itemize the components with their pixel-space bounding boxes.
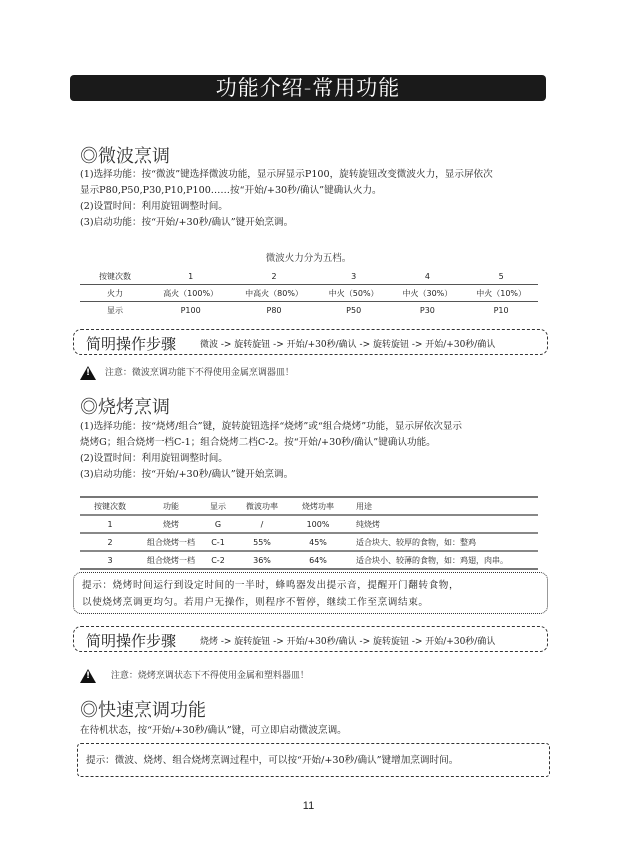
steps-text: 烧烤 -> 旋转旋钮 -> 开始/+30秒/确认 -> 旋转旋钮 -> 开始/+… (200, 634, 495, 647)
microwave-power-table: 按键次数 1 2 3 4 5 火力 高火（100%） 中高火（80%） 中火（5… (80, 268, 538, 318)
table-cell: P100 (150, 302, 231, 319)
warning-icon (80, 669, 96, 683)
table-cell: 高火（100%） (150, 285, 231, 302)
table-cell: 火力 (80, 285, 150, 302)
table-header-cell: 用途 (346, 497, 538, 515)
grill-line-1: (1)选择功能：按“烧烤/组合”键，旋转旋钮选择“烧烤”或“组合烧烤”功能，显示… (80, 419, 462, 435)
table-cell: 烧烤 (140, 515, 202, 533)
table-header-cell: 按键次数 (80, 497, 140, 515)
warning-text: 注意：微波烹调功能下不得使用金属烹调器皿！ (105, 368, 294, 378)
table-cell: 组合烧烤一档 (140, 551, 202, 569)
grill-tip-box: 提示：烧烤时间运行到设定时间的一半时，蜂鸣器发出提示音，提醒开门翻转食物， 以使… (73, 572, 548, 614)
steps-text: 微波 -> 旋转旋钮 -> 开始/+30秒/确认 -> 旋转旋钮 -> 开始/+… (200, 337, 495, 350)
table-header-cell: 微波功率 (234, 497, 290, 515)
page-title: 功能介绍-常用功能 (70, 75, 546, 101)
quick-tip-box: 提示：微波、烧烤、组合烧烤烹调过程中，可以按“开始/+30秒/确认”键增加烹调时… (77, 743, 550, 777)
table-cell: 组合烧烤一档 (140, 533, 202, 551)
microwave-instructions: (1)选择功能：按“微波”键选择微波功能，显示屏显示P100，旋转旋钮改变微波火… (80, 167, 493, 231)
grill-line-3: (2)设置时间：利用旋钮调整时间。 (80, 451, 462, 467)
table-cell: 中火（50%） (317, 285, 391, 302)
table-cell: 适合块大、较厚的食物，如：整鸡 (346, 533, 538, 551)
tip-line-2: 以使烧烤烹调更均匀。若用户无操作，则程序不暂停，继续工作至烹调结束。 (82, 594, 547, 611)
table-cell: P30 (391, 302, 465, 319)
microwave-warning: 注意：微波烹调功能下不得使用金属烹调器皿！ (80, 365, 294, 380)
table-header-cell: 功能 (140, 497, 202, 515)
grill-quick-steps: 简明操作步骤 烧烤 -> 旋转旋钮 -> 开始/+30秒/确认 -> 旋转旋钮 … (73, 626, 548, 652)
table-header-cell: 显示 (202, 497, 234, 515)
tip-line-1: 提示：烧烤时间运行到设定时间的一半时，蜂鸣器发出提示音，提醒开门翻转食物， (82, 577, 547, 594)
steps-label: 简明操作步骤 (86, 630, 176, 651)
table-cell: 5 (464, 268, 538, 285)
table-cell: 3 (80, 551, 140, 569)
table-row: 3 组合烧烤一档 C-2 36% 64% 适合块小、较薄的食物，如：鸡翅，肉串。 (80, 551, 538, 569)
table-header-row: 按键次数 功能 显示 微波功率 烧烤功率 用途 (80, 497, 538, 515)
microwave-quick-steps: 简明操作步骤 微波 -> 旋转旋钮 -> 开始/+30秒/确认 -> 旋转旋钮 … (73, 329, 548, 355)
table-cell: P10 (464, 302, 538, 319)
table-cell: 1 (80, 515, 140, 533)
table-cell: C-2 (202, 551, 234, 569)
grill-heading: ◎烧烤烹调 (80, 393, 170, 419)
quick-instruction: 在待机状态，按“开始/+30秒/确认”键，可立即启动微波烹调。 (80, 723, 347, 739)
table-row: 2 组合烧烤一档 C-1 55% 45% 适合块大、较厚的食物，如：整鸡 (80, 533, 538, 551)
table-cell: 中火（30%） (391, 285, 465, 302)
table-cell: P80 (231, 302, 317, 319)
table-cell: G (202, 515, 234, 533)
table-cell: 中高火（80%） (231, 285, 317, 302)
table-cell: 100% (290, 515, 346, 533)
quick-heading: ◎快速烹调功能 (80, 696, 206, 722)
power-table-caption: 微波火力分为五档。 (0, 250, 617, 264)
table-cell: C-1 (202, 533, 234, 551)
steps-label: 简明操作步骤 (86, 333, 176, 354)
page-number: 11 (0, 800, 617, 812)
microwave-line-4: (3)启动功能：按“开始/+30秒/确认”键开始烹调。 (80, 215, 493, 231)
microwave-line-2: 显示P80,P50,P30,P10,P100……按“开始/+30秒/确认”键确认… (80, 183, 493, 199)
table-cell: 按键次数 (80, 268, 150, 285)
table-cell: 3 (317, 268, 391, 285)
table-cell: 显示 (80, 302, 150, 319)
grill-warning: 注意：烧烤烹调状态下不得使用金属和塑料器皿！ (80, 668, 309, 683)
table-cell: 适合块小、较薄的食物，如：鸡翅，肉串。 (346, 551, 538, 569)
table-cell: 55% (234, 533, 290, 551)
table-cell: 2 (231, 268, 317, 285)
table-cell: / (234, 515, 290, 533)
table-cell: 纯烧烤 (346, 515, 538, 533)
table-cell: 45% (290, 533, 346, 551)
grill-line-4: (3)启动功能：按“开始/+30秒/确认”键开始烹调。 (80, 467, 462, 483)
table-cell: 1 (150, 268, 231, 285)
table-row: 火力 高火（100%） 中高火（80%） 中火（50%） 中火（30%） 中火（… (80, 285, 538, 302)
microwave-line-1: (1)选择功能：按“微波”键选择微波功能，显示屏显示P100，旋转旋钮改变微波火… (80, 167, 493, 183)
table-header-cell: 烧烤功率 (290, 497, 346, 515)
quick-tip-text: 提示：微波、烧烤、组合烧烤烹调过程中，可以按“开始/+30秒/确认”键增加烹调时… (86, 752, 458, 769)
table-cell: 2 (80, 533, 140, 551)
microwave-line-3: (2)设置时间：利用旋钮调整时间。 (80, 199, 493, 215)
table-cell: 64% (290, 551, 346, 569)
table-cell: P50 (317, 302, 391, 319)
table-cell: 中火（10%） (464, 285, 538, 302)
table-row: 显示 P100 P80 P50 P30 P10 (80, 302, 538, 319)
table-cell: 4 (391, 268, 465, 285)
warning-icon (80, 366, 96, 380)
table-row: 按键次数 1 2 3 4 5 (80, 268, 538, 285)
grill-instructions: (1)选择功能：按“烧烤/组合”键，旋转旋钮选择“烧烤”或“组合烧烤”功能，显示… (80, 419, 462, 483)
table-cell: 36% (234, 551, 290, 569)
warning-text: 注意：烧烤烹调状态下不得使用金属和塑料器皿！ (111, 671, 309, 681)
grill-line-2: 烧烤G；组合烧烤一档C-1；组合烧烤二档C-2。按“开始/+30秒/确认”键确认… (80, 435, 462, 451)
microwave-heading: ◎微波烹调 (80, 142, 170, 168)
table-row: 1 烧烤 G / 100% 纯烧烤 (80, 515, 538, 533)
grill-mode-table: 按键次数 功能 显示 微波功率 烧烤功率 用途 1 烧烤 G / 100% 纯烧… (80, 496, 538, 570)
